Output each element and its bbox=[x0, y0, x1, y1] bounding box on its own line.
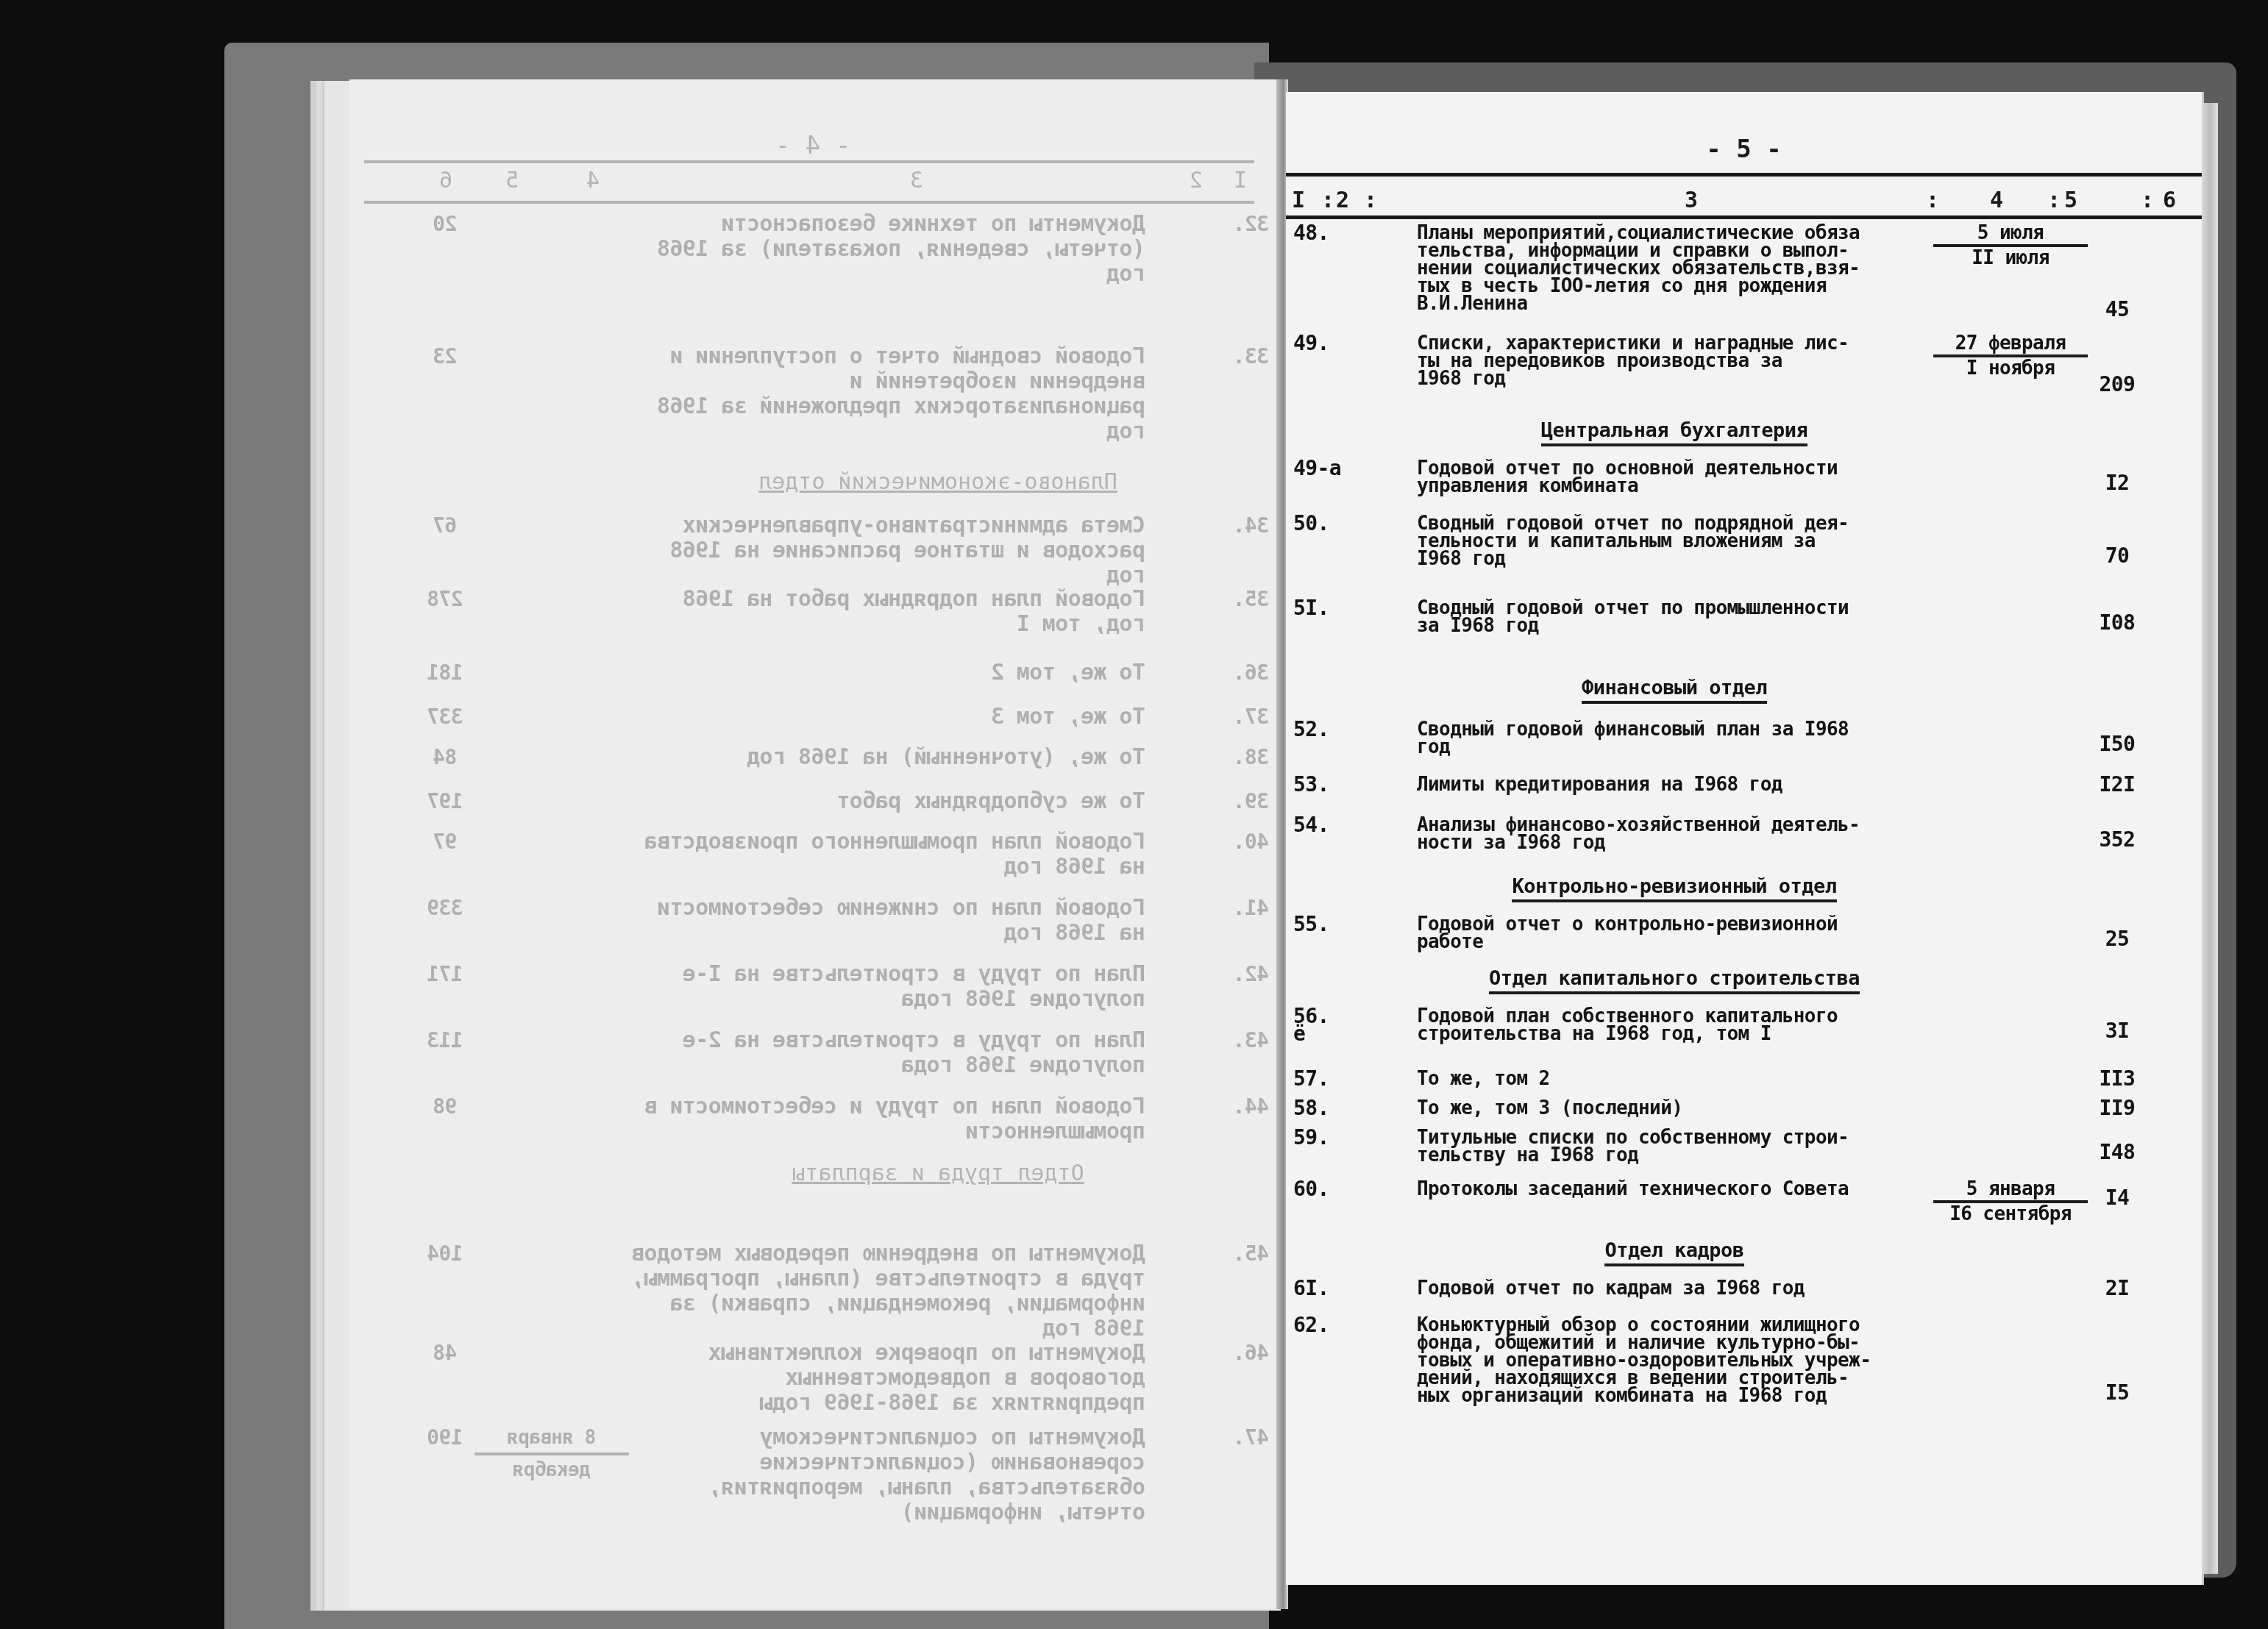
item-title: Документы по проверке коллективных догов… bbox=[630, 1341, 1145, 1416]
item-number: 44. bbox=[1181, 1094, 1269, 1119]
item-number: 59. bbox=[1293, 1129, 1382, 1147]
section-heading: Центральная бухгалтерия bbox=[1417, 419, 1932, 442]
sheet-count: 209 bbox=[2084, 376, 2150, 393]
col-4: 4 bbox=[1990, 188, 2003, 213]
item-title: Анализы финансово-хозяйственной деятель-… bbox=[1417, 816, 1932, 852]
col-4: 4 bbox=[586, 168, 600, 193]
item-number: 50. bbox=[1293, 515, 1382, 532]
item-number: 47. bbox=[1181, 1425, 1269, 1450]
sheet-count: 2I bbox=[2084, 1280, 2150, 1297]
sheet-count: 339 bbox=[412, 896, 478, 921]
date-to: декабря bbox=[474, 1455, 629, 1483]
right-page: - 5 - I : 2 : 3 : 4 : 5 : 6 48.Планы мер… bbox=[1286, 92, 2204, 1585]
sheet-count: 70 bbox=[2084, 547, 2150, 565]
header-rule-bottom bbox=[1286, 215, 2204, 219]
section-heading: Отдел кадров bbox=[1417, 1239, 1932, 1262]
item-number: 55. bbox=[1293, 916, 1382, 933]
item-number: 6I. bbox=[1293, 1280, 1382, 1297]
item-title: То же, том 3 (последний) bbox=[1417, 1099, 1932, 1117]
left-page: - 4 - I 2 3 4 5 6 32.Документы по техник… bbox=[349, 79, 1276, 1609]
sheet-count: 25 bbox=[2084, 930, 2150, 948]
item-title: Документы по внедрению передовых методов… bbox=[630, 1241, 1145, 1341]
sheet-count: 84 bbox=[412, 745, 478, 770]
item-number: 52. bbox=[1293, 721, 1382, 738]
section-heading-text: Планово-экономический отдел bbox=[758, 469, 1117, 495]
header-rule-bottom bbox=[364, 201, 1254, 204]
col-3: 3 bbox=[910, 168, 923, 193]
section-heading-text: Отдел капитального строительства bbox=[1489, 967, 1860, 994]
sheet-count: I08 bbox=[2084, 614, 2150, 632]
section-heading-text: Центральная бухгалтерия bbox=[1541, 419, 1807, 446]
col-6: 6 bbox=[439, 168, 452, 193]
col-6: 6 bbox=[2163, 188, 2176, 213]
left-column-header: I 2 3 4 5 6 bbox=[364, 168, 1254, 197]
date-range: 8 январядекабря bbox=[474, 1425, 629, 1483]
item-title: То же, (уточненный) на 1968 год bbox=[630, 745, 1145, 770]
item-number: 34. bbox=[1181, 513, 1269, 538]
item-title: Смета административно-управленческих рас… bbox=[630, 513, 1145, 588]
item-title: Коньюктурный обзор о состоянии жилищного… bbox=[1417, 1316, 1932, 1405]
page-edges-right bbox=[2202, 103, 2218, 1574]
sheet-count: I2 bbox=[2084, 474, 2150, 492]
item-title: Документы по социалистическому соревнова… bbox=[630, 1425, 1145, 1525]
item-number: 35. bbox=[1181, 587, 1269, 612]
item-number: 54. bbox=[1293, 816, 1382, 834]
sheet-count: 3I bbox=[2084, 1022, 2150, 1040]
sheet-count: 67 bbox=[412, 513, 478, 538]
item-title: Годовой план промышленного производства … bbox=[630, 830, 1145, 880]
item-number: 41. bbox=[1181, 896, 1269, 921]
col-2: 2 bbox=[1336, 188, 1349, 213]
item-title: То же, том 3 bbox=[630, 705, 1145, 730]
item-title: План по труду в строительстве на 2-е пол… bbox=[630, 1028, 1145, 1078]
date-range: 5 июляII июля bbox=[1933, 224, 2088, 267]
section-heading: Планово-экономический отдел bbox=[710, 469, 1166, 495]
item-number: 56. ё bbox=[1293, 1008, 1382, 1043]
item-number: 36. bbox=[1181, 660, 1269, 685]
header-rule-top bbox=[364, 160, 1254, 163]
date-from: 8 января bbox=[474, 1425, 629, 1455]
item-number: 40. bbox=[1181, 830, 1269, 855]
item-title: Документы по технике безопасности (отчет… bbox=[630, 212, 1145, 287]
sheet-count: 171 bbox=[412, 962, 478, 987]
sheet-count: 113 bbox=[412, 1028, 478, 1053]
header-rule-top bbox=[1286, 173, 2204, 177]
sheet-count: 278 bbox=[412, 587, 478, 612]
item-title: Годовой план подрядных работ на 1968 год… bbox=[630, 587, 1145, 637]
sheet-count: 98 bbox=[412, 1094, 478, 1119]
item-number: 33. bbox=[1181, 344, 1269, 369]
item-number: 46. bbox=[1181, 1341, 1269, 1366]
item-title: То же, том 2 bbox=[1417, 1070, 1932, 1088]
date-to: II июля bbox=[1933, 247, 2088, 267]
item-number: 37. bbox=[1181, 705, 1269, 730]
section-heading-text: Отдел труда и зарплаты bbox=[792, 1161, 1084, 1186]
col-1: I bbox=[1292, 188, 1305, 213]
sheet-count: 45 bbox=[2084, 301, 2150, 318]
date-to: I6 сентября bbox=[1933, 1203, 2088, 1223]
item-number: 42. bbox=[1181, 962, 1269, 987]
item-title: Протоколы заседаний технического Совета bbox=[1417, 1180, 1932, 1198]
item-number: 5I. bbox=[1293, 599, 1382, 617]
date-from: 5 июля bbox=[1933, 224, 2088, 247]
item-title: Списки, характеристики и наградные лис- … bbox=[1417, 335, 1932, 388]
item-title: Годовой план собственного капитального с… bbox=[1417, 1008, 1932, 1043]
sheet-count: 104 bbox=[412, 1241, 478, 1266]
section-heading: Отдел труда и зарплаты bbox=[710, 1161, 1166, 1186]
item-title: Лимиты кредитирования на I968 год bbox=[1417, 776, 1932, 794]
section-heading-text: Отдел кадров bbox=[1604, 1239, 1743, 1266]
item-number: 49-а bbox=[1293, 460, 1382, 477]
item-number: 43. bbox=[1181, 1028, 1269, 1053]
left-page-number: - 4 - bbox=[349, 131, 1276, 160]
sheet-count: 352 bbox=[2084, 831, 2150, 849]
sheet-count: 197 bbox=[412, 789, 478, 814]
item-title: Годовой отчет по основной деятельности у… bbox=[1417, 460, 1932, 495]
date-range: 5 январяI6 сентября bbox=[1933, 1180, 2088, 1223]
item-title: Титульные списки по собственному строи- … bbox=[1417, 1129, 1932, 1164]
item-number: 49. bbox=[1293, 335, 1382, 352]
date-to: I ноября bbox=[1933, 357, 2088, 377]
item-number: 58. bbox=[1293, 1099, 1382, 1117]
item-title: То же субподрядных работ bbox=[630, 789, 1145, 814]
sheet-count: I48 bbox=[2084, 1144, 2150, 1161]
date-from: 5 января bbox=[1933, 1180, 2088, 1203]
col-5: 5 bbox=[505, 168, 519, 193]
sheet-count: 181 bbox=[412, 660, 478, 685]
section-heading: Отдел капитального строительства bbox=[1417, 967, 1932, 990]
col-1: I bbox=[1234, 168, 1247, 193]
item-title: Годовой план по труду и себестоимости в … bbox=[630, 1094, 1145, 1144]
sheet-count: II9 bbox=[2084, 1099, 2150, 1117]
item-title: Сводный годовой отчет по промышленности … bbox=[1417, 599, 1932, 635]
right-column-header: I : 2 : 3 : 4 : 5 : 6 bbox=[1286, 188, 2202, 214]
col-2: 2 bbox=[1190, 168, 1203, 193]
sheet-count: 23 bbox=[412, 344, 478, 369]
sheet-count: I50 bbox=[2084, 735, 2150, 753]
item-number: 62. bbox=[1293, 1316, 1382, 1334]
item-title: То же, том 2 bbox=[630, 660, 1145, 685]
item-number: 32. bbox=[1181, 212, 1269, 237]
item-title: Планы мероприятий,социалистические обяза… bbox=[1417, 224, 1932, 313]
section-heading-text: Финансовый отдел bbox=[1582, 677, 1767, 704]
item-number: 53. bbox=[1293, 776, 1382, 794]
right-page-number: - 5 - bbox=[1286, 135, 2202, 164]
item-title: Годовой отчет по кадрам за I968 год bbox=[1417, 1280, 1932, 1297]
sheet-count: 20 bbox=[412, 212, 478, 237]
sheet-count: 337 bbox=[412, 705, 478, 730]
section-heading-text: Контрольно-ревизионный отдел bbox=[1512, 875, 1836, 902]
sheet-count: 190 bbox=[412, 1425, 478, 1450]
item-title: Годовой сводный отчет о поступлении и вн… bbox=[630, 344, 1145, 444]
item-title: Годовой план по снижению себестоимости н… bbox=[630, 896, 1145, 946]
item-title: План по труду в строительстве на I-е пол… bbox=[630, 962, 1145, 1012]
item-number: 45. bbox=[1181, 1241, 1269, 1266]
sheet-count: II3 bbox=[2084, 1070, 2150, 1088]
item-number: 39. bbox=[1181, 789, 1269, 814]
section-heading: Финансовый отдел bbox=[1417, 677, 1932, 699]
item-number: 38. bbox=[1181, 745, 1269, 770]
item-number: 48. bbox=[1293, 224, 1382, 242]
item-number: 57. bbox=[1293, 1070, 1382, 1088]
col-3: 3 bbox=[1685, 188, 1698, 213]
item-number: 60. bbox=[1293, 1180, 1382, 1198]
col-5: 5 bbox=[2064, 188, 2077, 213]
sheet-count: 48 bbox=[412, 1341, 478, 1366]
item-title: Сводный годовой финансовый план за I968 … bbox=[1417, 721, 1932, 756]
item-title: Сводный годовой отчет по подрядной дея- … bbox=[1417, 515, 1932, 568]
item-title: Годовой отчет о контрольно-ревизионной р… bbox=[1417, 916, 1932, 951]
section-heading: Контрольно-ревизионный отдел bbox=[1417, 875, 1932, 898]
left-page-bleed-through: - 4 - I 2 3 4 5 6 32.Документы по техник… bbox=[349, 79, 1276, 1609]
sheet-count: I2I bbox=[2084, 776, 2150, 794]
date-range: 27 февраляI ноября bbox=[1933, 335, 2088, 377]
sheet-count: I4 bbox=[2084, 1189, 2150, 1207]
date-from: 27 февраля bbox=[1933, 335, 2088, 357]
sheet-count: 97 bbox=[412, 830, 478, 855]
sheet-count: I5 bbox=[2084, 1384, 2150, 1402]
